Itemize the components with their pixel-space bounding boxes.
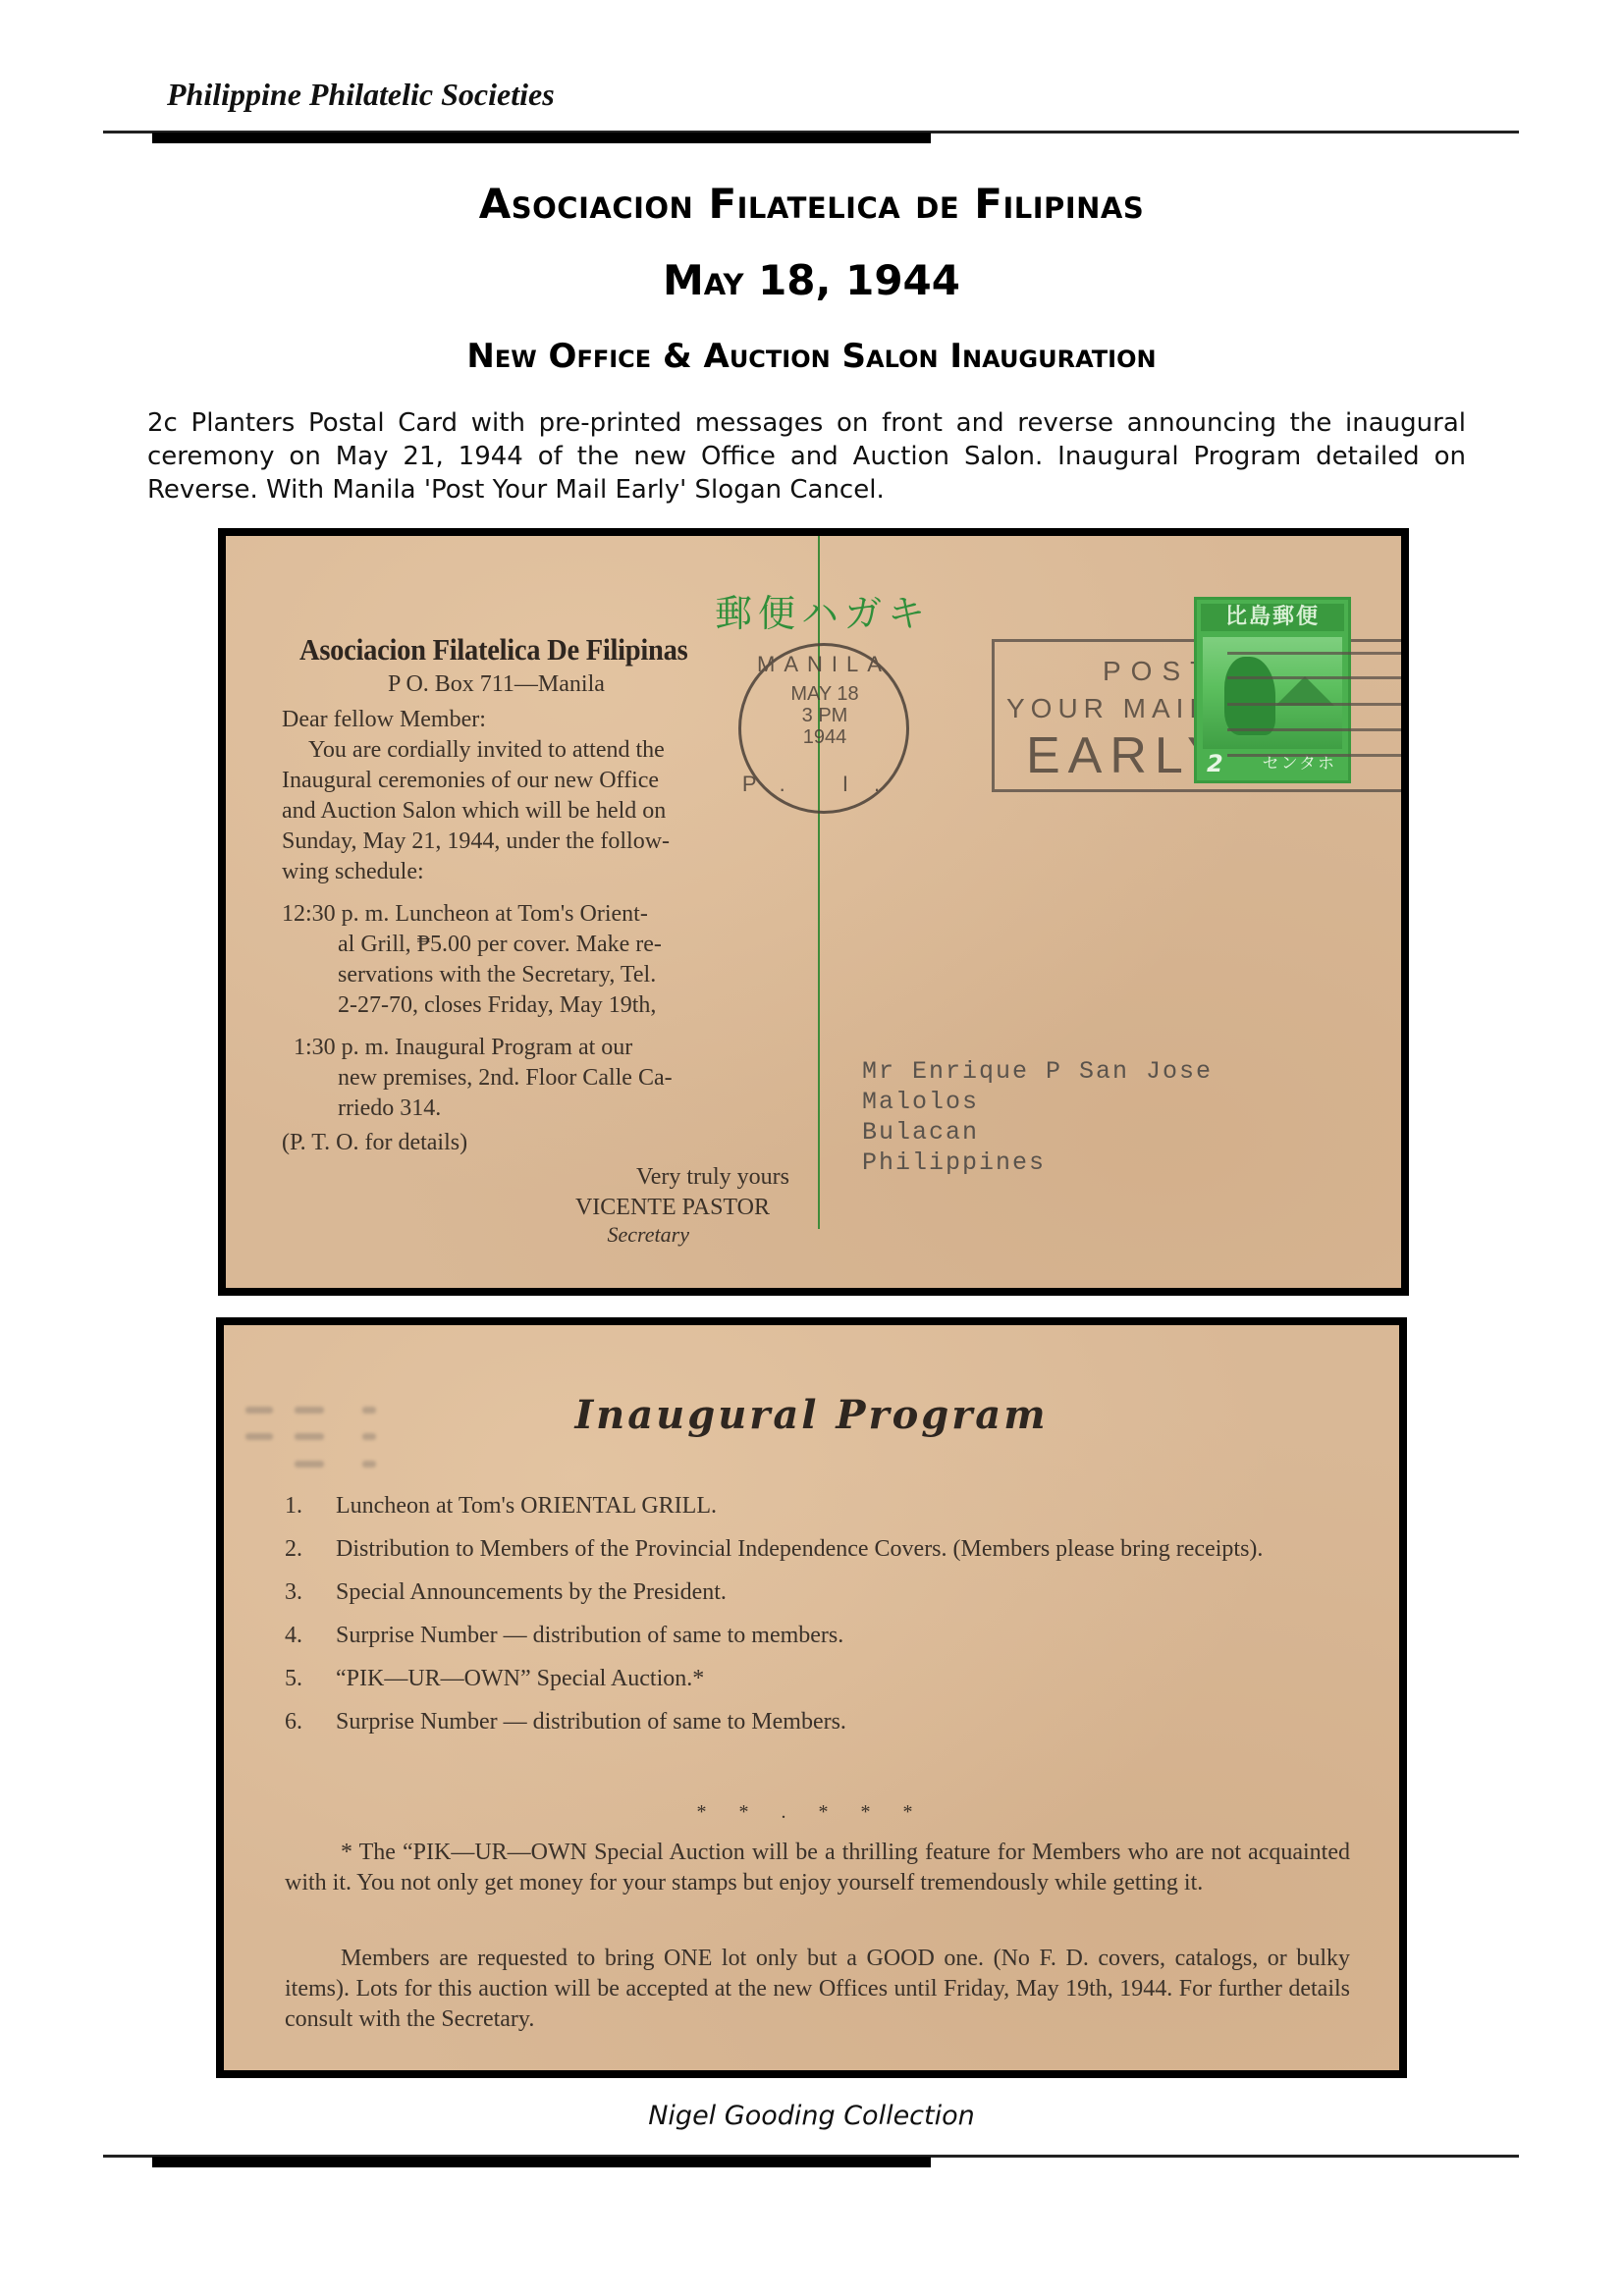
schedule-text: Luncheon at Tom's Orient- — [395, 901, 647, 927]
address-line: Philippines — [862, 1148, 1213, 1178]
postal-card-front: 郵便ハガキ Asociacion Filatelica De Filipinas… — [218, 528, 1409, 1296]
postmark-region: P. I. — [741, 772, 906, 797]
card-front-surface: 郵便ハガキ Asociacion Filatelica De Filipinas… — [226, 536, 1401, 1288]
cancel-bar — [1227, 652, 1401, 655]
footer-rule-thick — [152, 2157, 931, 2167]
signatory: VICENTE PASTOR — [282, 1193, 797, 1223]
item-text: Distribution to Members of the Provincia… — [336, 1536, 1263, 1562]
schedule-text: al Grill, ₱5.00 per cover. Make re- — [282, 930, 797, 960]
page-date: May 18, 1944 — [0, 256, 1623, 304]
item-text: “PIK—UR—OWN” Special Auction.* — [336, 1666, 704, 1691]
item-number: 4. — [285, 1622, 302, 1649]
stamp-value: 2 — [1207, 751, 1223, 776]
schedule-time: 1:30 p. m. — [294, 1035, 389, 1060]
address-line: Mr Enrique P San Jose — [862, 1056, 1213, 1087]
postmark-month-day: MAY 18 — [771, 683, 879, 705]
schedule-text: servations with the Secretary, Tel. — [282, 960, 797, 990]
closing: Very truly yours — [282, 1162, 797, 1193]
body-line: Inaugural ceremonies of our new Office — [282, 766, 797, 796]
stamp-country: 比島郵便 — [1201, 604, 1344, 631]
recipient-address: Mr Enrique P San Jose Malolos Bulacan Ph… — [862, 1056, 1213, 1178]
mountain-icon — [1275, 676, 1334, 706]
item-text: Surprise Number — distribution of same t… — [336, 1709, 846, 1735]
item-text: Surprise Number — distribution of same t… — [336, 1623, 843, 1648]
postal-card-reverse: Inaugural Program 1.Luncheon at Tom's OR… — [216, 1317, 1407, 2078]
po-box: P O. Box 711—Manila — [388, 671, 605, 698]
program-title: Inaugural Program — [224, 1392, 1399, 1438]
separator: * * . * * * — [224, 1801, 1399, 1824]
address-line: Bulacan — [862, 1117, 1213, 1148]
address-divider — [818, 536, 820, 1229]
address-line: Malolos — [862, 1087, 1213, 1117]
postmark-date: MAY 18 3 PM 1944 — [771, 683, 879, 748]
auction-note: * The “PIK—UR—OWN Special Auction will b… — [285, 1838, 1350, 1898]
program-item: 5.“PIK—UR—OWN” Special Auction.* — [285, 1665, 1286, 1692]
planter-figure-icon — [1224, 657, 1275, 735]
description: 2c Planters Postal Card with pre-printed… — [147, 406, 1466, 507]
collection-credit: Nigel Gooding Collection — [0, 2101, 1623, 2131]
slogan-line: YOUR MAIL — [1006, 693, 1211, 724]
show-through-mark — [295, 1461, 324, 1468]
page-title: Asociacion Filatelica de Filipinas — [0, 180, 1623, 228]
program-item: 4.Surprise Number — distribution of same… — [285, 1622, 1286, 1649]
program-list: 1.Luncheon at Tom's ORIENTAL GRILL. 2.Di… — [285, 1492, 1286, 1751]
item-text: Special Announcements by the President. — [336, 1579, 727, 1605]
pto-note: (P. T. O. for details) — [282, 1128, 797, 1158]
item-number: 2. — [285, 1535, 302, 1563]
page-subtitle: New Office & Auction Salon Inauguration — [0, 337, 1623, 376]
body-line: and Auction Salon which will be held on — [282, 796, 797, 827]
cancel-bar — [1227, 728, 1401, 731]
body-line: wing schedule: — [282, 857, 797, 887]
lots-note: Members are requested to bring ONE lot o… — [285, 1944, 1350, 2035]
cancel-bar — [1227, 703, 1401, 706]
postmark-city: MANILA — [741, 652, 906, 677]
item-number: 3. — [285, 1578, 302, 1606]
postmark-time: 3 PM — [771, 705, 879, 726]
program-item: 3.Special Announcements by the President… — [285, 1578, 1286, 1606]
schedule-item: 1:30 p. m. Inaugural Program at our new … — [282, 1033, 797, 1124]
program-item: 2.Distribution to Members of the Provinc… — [285, 1535, 1286, 1563]
schedule-time: 12:30 p. m. — [282, 901, 389, 927]
program-item: 1.Luncheon at Tom's ORIENTAL GRILL. — [285, 1492, 1286, 1520]
body-line: You are cordially invited to attend the — [282, 735, 797, 766]
card-reverse-surface: Inaugural Program 1.Luncheon at Tom's OR… — [224, 1325, 1399, 2070]
program-item: 6.Surprise Number — distribution of same… — [285, 1708, 1286, 1735]
manila-postmark: MANILA MAY 18 3 PM 1944 P. I. — [738, 643, 909, 814]
body-line: Sunday, May 21, 1944, under the follow- — [282, 827, 797, 857]
signatory-title: Secretary — [282, 1223, 797, 1247]
org-name: Asociacion Filatelica De Filipinas — [299, 632, 687, 667]
show-through-mark — [362, 1461, 376, 1468]
cancel-bar — [1227, 676, 1401, 679]
item-number: 6. — [285, 1708, 302, 1735]
jp-header: 郵便ハガキ — [715, 583, 931, 637]
item-number: 5. — [285, 1665, 302, 1692]
header-rule-thick — [152, 133, 931, 143]
schedule-text: 2-27-70, closes Friday, May 19th, — [282, 990, 797, 1021]
cancel-bar — [1227, 754, 1401, 757]
schedule-text: new premises, 2nd. Floor Calle Ca- — [294, 1063, 797, 1094]
salutation: Dear fellow Member: — [282, 705, 797, 735]
running-head: Philippine Philatelic Societies — [167, 77, 555, 113]
item-text: Luncheon at Tom's ORIENTAL GRILL. — [336, 1493, 717, 1519]
postmark-year: 1944 — [771, 726, 879, 748]
schedule-text: rriedo 314. — [294, 1094, 797, 1124]
letter-body: Dear fellow Member: You are cordially in… — [282, 705, 797, 1247]
schedule-item: 12:30 p. m. Luncheon at Tom's Orient- al… — [282, 899, 797, 1021]
schedule-text: Inaugural Program at our — [395, 1035, 632, 1060]
item-number: 1. — [285, 1492, 302, 1520]
